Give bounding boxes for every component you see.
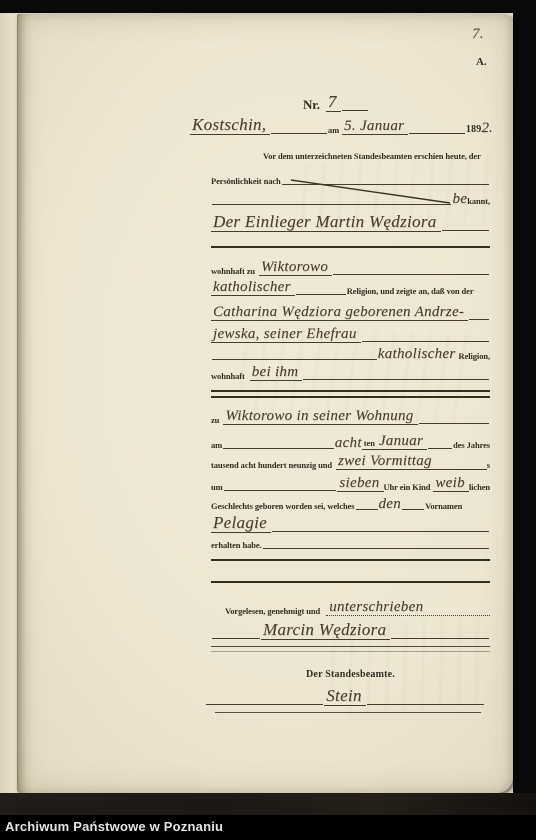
religion2-printed: Religion, [459,352,490,361]
registrar-signature-line: Stein [205,682,485,706]
registrar-title: Der Standesbeamte. [306,670,395,681]
scan-table-surface [0,793,536,815]
year-hand: zwei Vormittag [336,454,487,470]
declarant-signature-line: Marcin Wędziora [211,613,490,640]
birthyear-line: tausend acht hundert neunzig und zwei Vo… [211,448,490,470]
place-value: Kostschin, [190,117,270,135]
date-value: 5. Januar [342,119,408,135]
mother-line-1: Catharina Wędziora geborenen Andrze- [211,297,490,321]
residence-value: Wiktorowo [259,260,332,276]
erhalten-label: erhalten habe. [211,541,262,550]
am-label: am [328,126,339,135]
archive-watermark: Archiwum Państwowe w Poznaniu [5,819,223,834]
registrar-signature: Stein [324,688,366,706]
birthdate-line: am acht ten Januar des Jahres [211,428,490,450]
rule-line [211,390,490,392]
residence2-value: bei ihm [250,365,303,381]
s-suffix: s [487,461,490,470]
archive-scan-viewer: { "colors": { "paper": "#ece6d3", "print… [0,0,536,840]
birthplace-line: zu Wiktorowo in seiner Wohnung [211,401,490,425]
birthplace-value: Wiktorowo in seiner Wohnung [223,409,417,425]
section-letter: A. [476,57,487,69]
known-line: be kannt, [211,188,490,206]
place-date-line: Kostschin, am 5. Januar 189 2 . [190,107,492,135]
sex-value: weib [433,476,469,492]
rule-line [211,646,490,652]
known-printed: kannt, [467,197,490,206]
identity-line: Persönlichkeit nach [211,168,490,186]
registrar-title-line: Der Standesbeamte. [211,666,490,680]
residence-line: wohnhaft zu Wiktorowo [211,256,490,276]
wohnhaft-zu-label: wohnhaft zu [211,267,255,276]
year-printed: 189 [466,125,482,136]
religion-line-2: katholischer Religion, [211,341,490,361]
religion-line-1: katholischer Religion, und zeigte an, da… [211,276,490,296]
rule-line [211,581,490,583]
intro-line: Vor dem unterzeichneten Standesbeamten e… [211,152,497,161]
erhalten-line: erhalten habe. [211,534,490,550]
identity-label: Persönlichkeit nach [211,177,281,186]
hour-value: sieben [337,476,383,492]
known-hand: be [452,192,467,206]
year-words: tausend acht hundert neunzig und [211,461,332,470]
religion1-hand: katholischer [211,280,295,296]
child-name-line: Pelagie [211,507,490,533]
handwritten-page-number: 7. [472,27,484,41]
declarant-name: Der Einlieger Martin Wędziora [211,214,441,232]
child-name: Pelagie [211,515,271,533]
rule-line [215,712,481,717]
religion1-printed: Religion, und zeigte an, daß von der [347,287,474,296]
birth-hour-line: um sieben Uhr ein Kind weib lichen [211,470,490,492]
wohnhaft-label: wohnhaft [211,372,245,381]
period: . [489,125,492,136]
declarant-line: Der Einlieger Martin Wędziora [211,206,490,232]
mother-line-2: jewska, seiner Ehefrau [211,319,490,343]
rule-line [211,246,490,248]
rule-line [211,396,490,398]
religion2-hand: katholischer [378,347,456,361]
residence-line-2: wohnhaft bei ihm [211,361,490,381]
rule-line [211,559,490,561]
declarant-signature: Marcin Wędziora [261,622,390,640]
zu-label: zu [211,416,219,425]
year-digit: 2 [481,121,489,135]
